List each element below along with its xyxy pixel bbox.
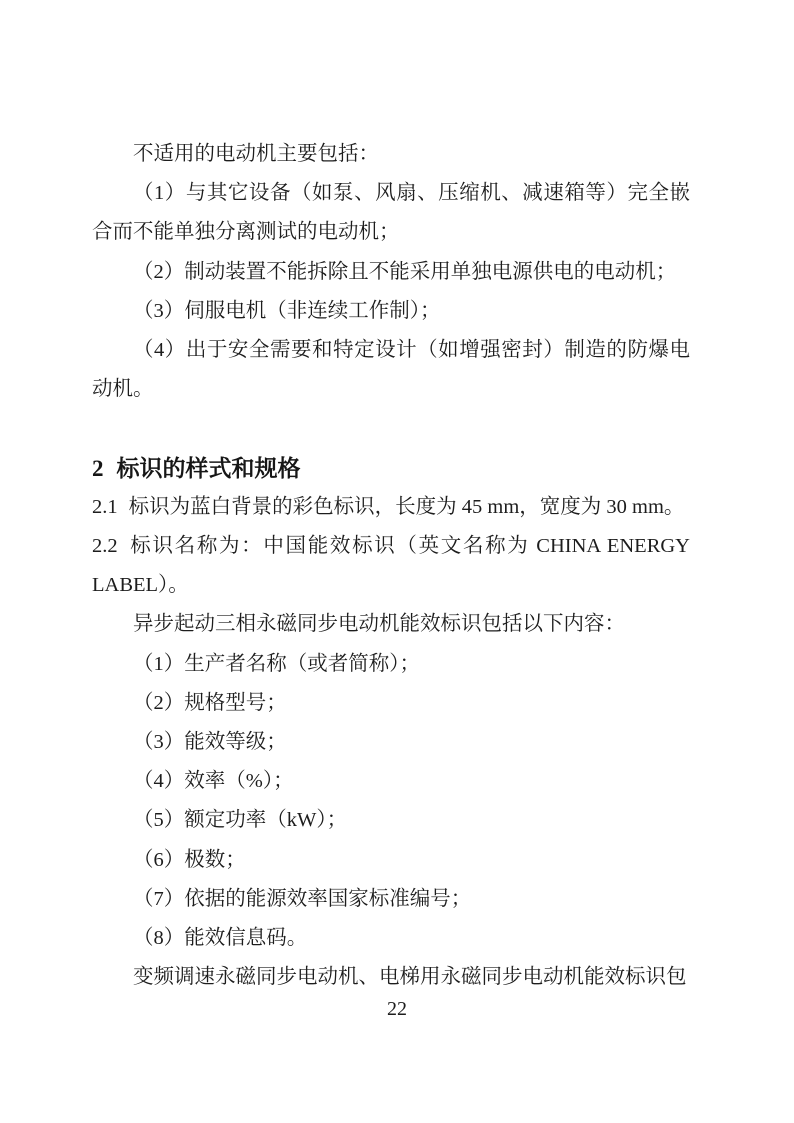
clause-2-2: 2.2标识名称为：中国能效标识（英文名称为 CHINA ENERGY LABEL… [92, 527, 690, 605]
excluded-motor-item-3: （3）伺服电机（非连续工作制）； [92, 292, 690, 331]
excluded-motor-item-1: （1）与其它设备（如泵、风扇、压缩机、减速箱等）完全嵌合而不能单独分离测试的电动… [92, 174, 690, 252]
label-items-intro: 异步起动三相永磁同步电动机能效标识包括以下内容： [92, 605, 690, 644]
label-item-7: （7）依据的能源效率国家标准编号； [92, 880, 690, 919]
document-page: 不适用的电动机主要包括： （1）与其它设备（如泵、风扇、压缩机、减速箱等）完全嵌… [0, 0, 794, 1123]
label-item-5: （5）额定功率（kW）； [92, 801, 690, 840]
section-heading: 2标识的样式和规格 [92, 449, 690, 488]
intro-paragraph: 不适用的电动机主要包括： [92, 135, 690, 174]
section-number: 2 [92, 456, 104, 481]
clause-number: 2.2 [92, 535, 118, 557]
label-item-1: （1）生产者名称（或者简称）； [92, 645, 690, 684]
label-item-8: （8）能效信息码。 [92, 919, 690, 958]
label-item-3: （3）能效等级； [92, 723, 690, 762]
label-item-6: （6）极数； [92, 841, 690, 880]
label-item-2: （2）规格型号； [92, 684, 690, 723]
clause-text: 标识名称为：中国能效标识（英文名称为 CHINA ENERGY LABEL）。 [92, 535, 690, 596]
page-content: 不适用的电动机主要包括： （1）与其它设备（如泵、风扇、压缩机、减速箱等）完全嵌… [92, 135, 690, 997]
clause-text: 标识为蓝白背景的彩色标识，长度为 45 mm，宽度为 30 mm。 [129, 496, 685, 518]
clause-number: 2.1 [92, 496, 118, 518]
label-item-4: （4）效率（%）； [92, 762, 690, 801]
excluded-motor-item-2: （2）制动装置不能拆除且不能采用单独电源供电的电动机； [92, 253, 690, 292]
closing-paragraph: 变频调速永磁同步电动机、电梯用永磁同步电动机能效标识包 [92, 958, 690, 997]
excluded-motor-item-4: （4）出于安全需要和特定设计（如增强密封）制造的防爆电动机。 [92, 331, 690, 409]
page-number: 22 [0, 997, 794, 1021]
section-title: 标识的样式和规格 [117, 455, 301, 481]
clause-2-1: 2.1标识为蓝白背景的彩色标识，长度为 45 mm，宽度为 30 mm。 [92, 488, 690, 527]
